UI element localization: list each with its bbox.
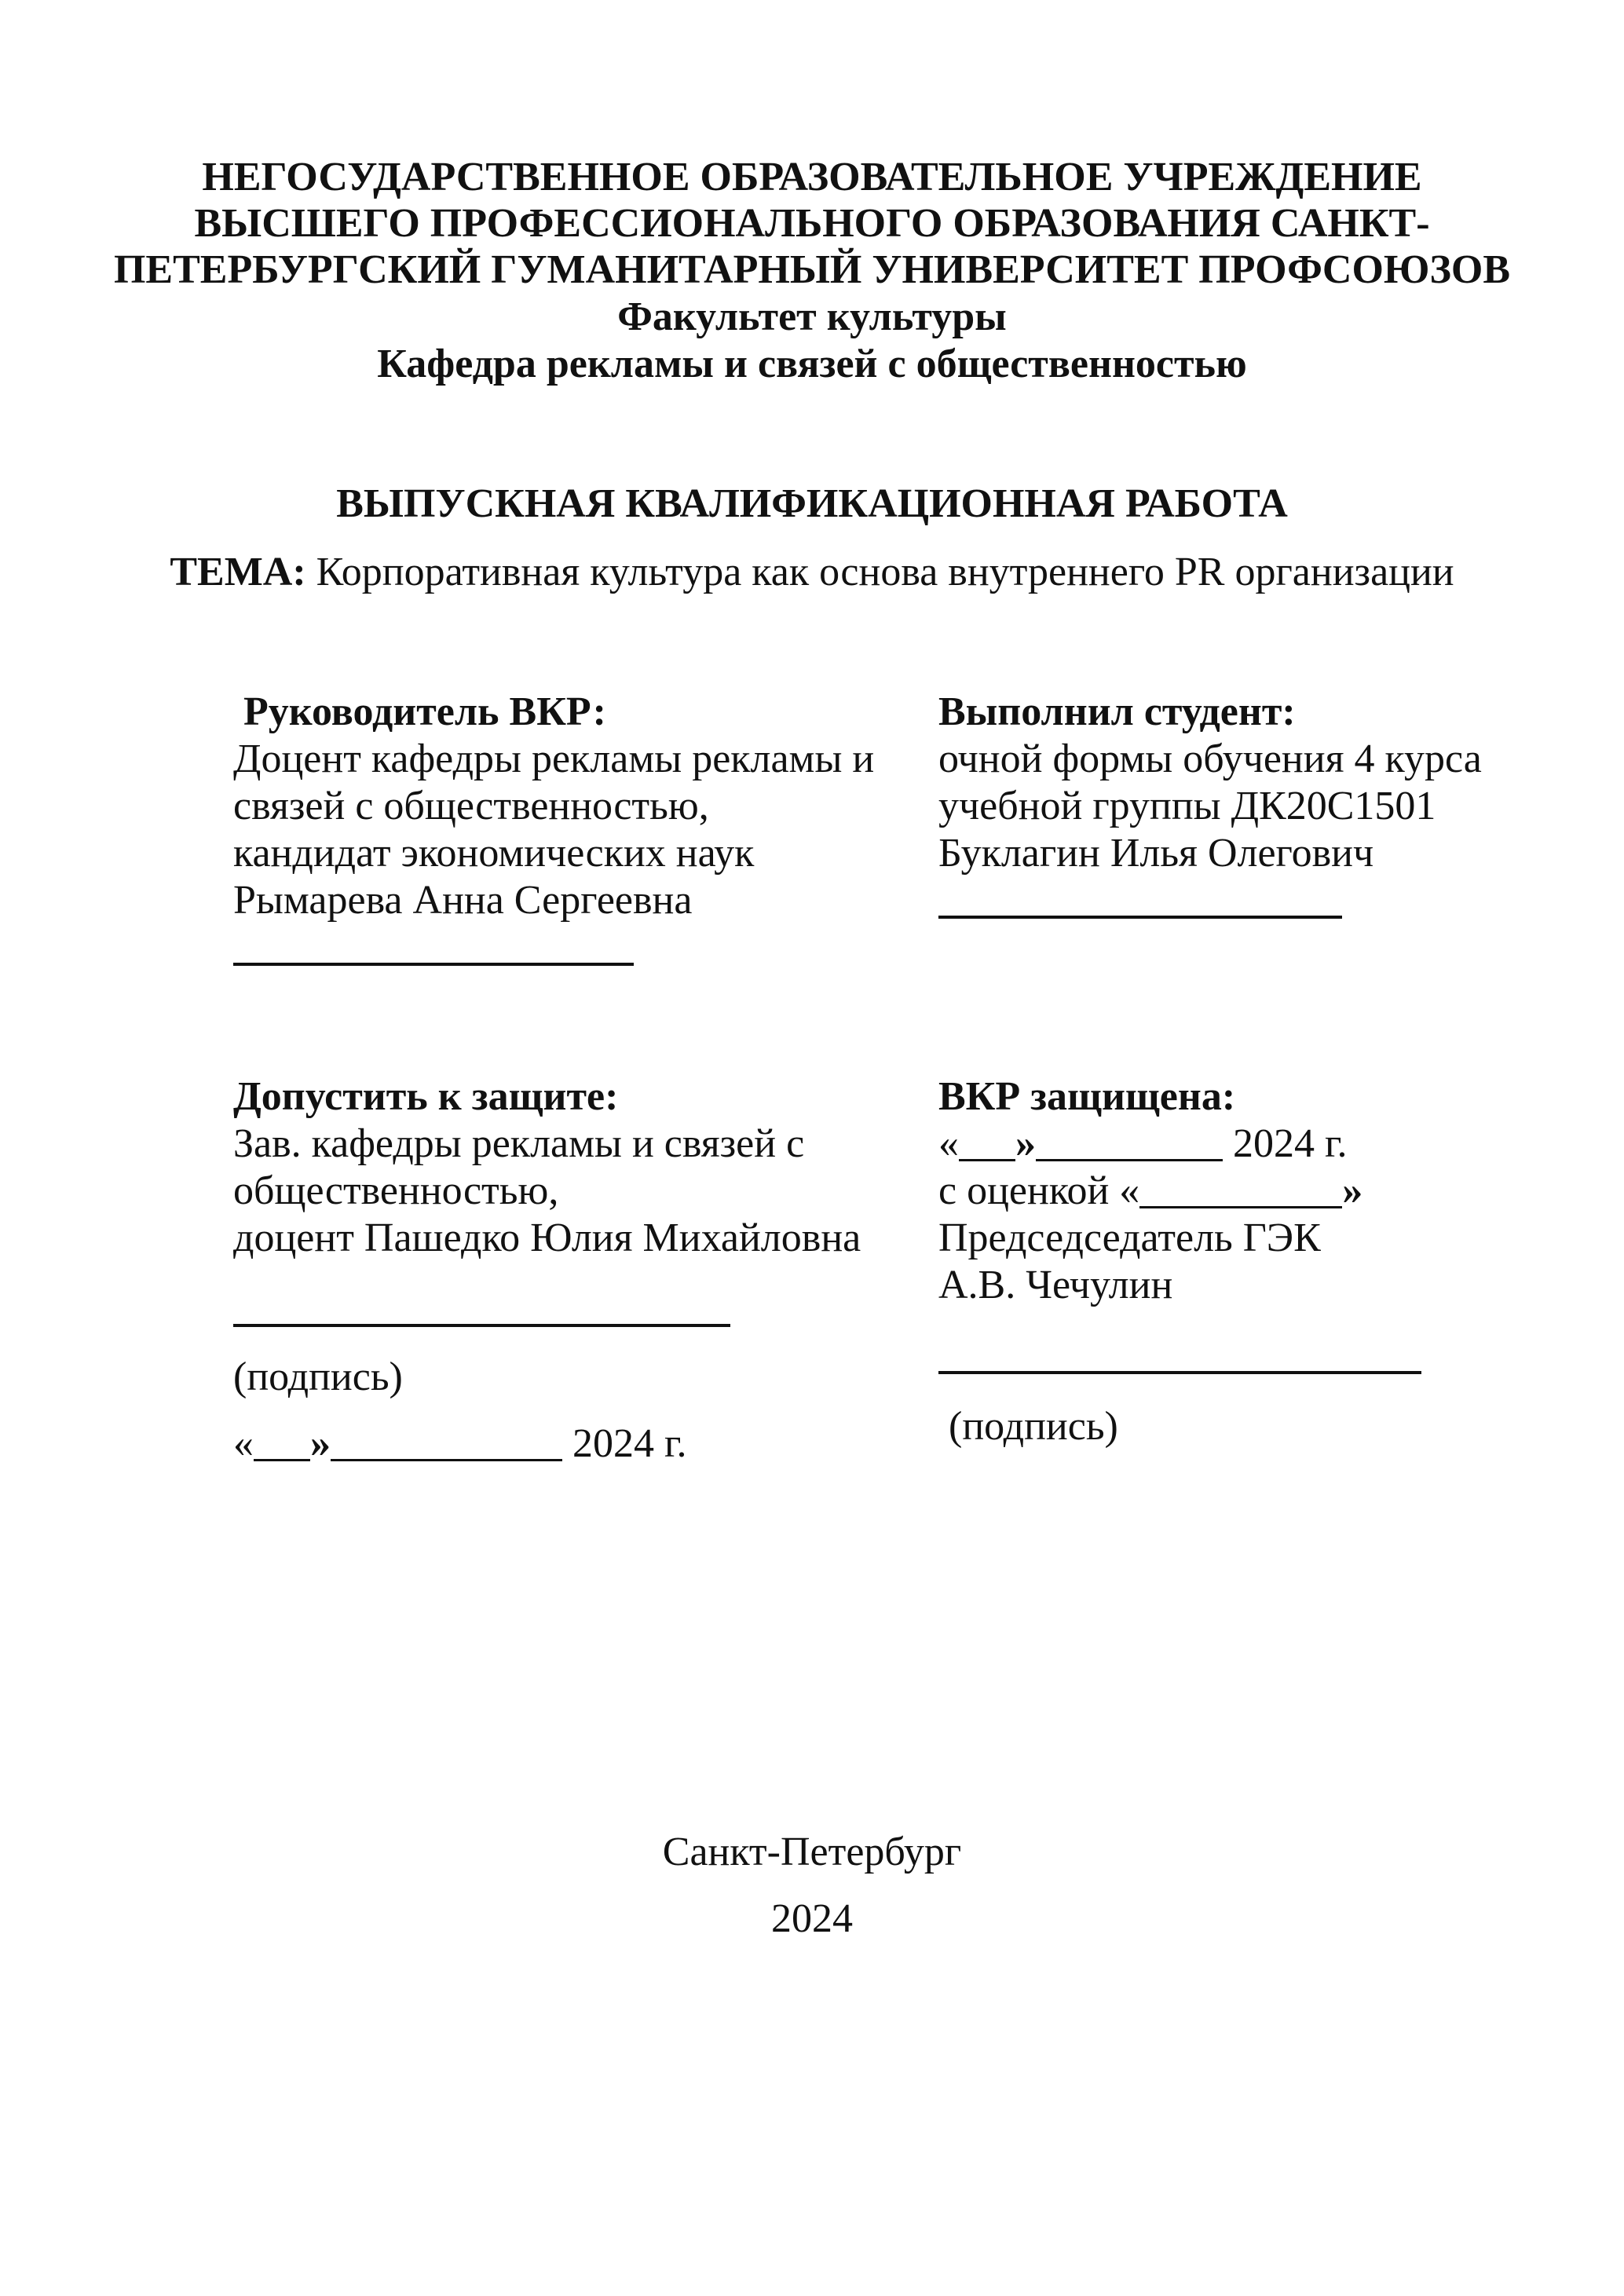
student-line-2: учебной группы ДК20С1501 xyxy=(938,783,1436,830)
institution-line-3: ПЕТЕРБУРГСКИЙ ГУМАНИТАРНЫЙ УНИВЕРСИТЕТ П… xyxy=(0,247,1624,294)
admission-day-blank xyxy=(254,1451,310,1461)
footer-year: 2024 xyxy=(0,1896,1624,1943)
defense-signature-caption: (подпись) xyxy=(938,1403,1118,1450)
supervisor-line-2: связей с общественностью, xyxy=(233,783,709,830)
student-name: Буклагин Илья Олегович xyxy=(938,830,1373,877)
admission-date-close-quote: » xyxy=(310,1421,331,1466)
defense-month-blank xyxy=(1036,1151,1223,1161)
footer-city: Санкт-Петербург xyxy=(0,1829,1624,1876)
supervisor-line-1: Доцент кафедры рекламы рекламы и xyxy=(233,736,874,783)
admission-head-name: доцент Пашедко Юлия Михайловна xyxy=(233,1215,861,1262)
defense-grade-close-quote: » xyxy=(1342,1168,1362,1213)
supervisor-signature-line xyxy=(233,963,634,966)
faculty-name: Факультет культуры xyxy=(0,294,1624,341)
supervisor-name: Рымарева Анна Сергеевна xyxy=(233,877,692,924)
defense-heading: ВКР защищена: xyxy=(938,1073,1235,1121)
institution-line-1: НЕГОСУДАРСТВЕННОЕ ОБРАЗОВАТЕЛЬНОЕ УЧРЕЖД… xyxy=(0,154,1624,201)
student-heading: Выполнил студент: xyxy=(938,689,1296,736)
student-signature-line xyxy=(938,916,1342,919)
admission-date-line: «» 2024 г. xyxy=(233,1420,686,1468)
title-page: НЕГОСУДАРСТВЕННОЕ ОБРАЗОВАТЕЛЬНОЕ УЧРЕЖД… xyxy=(0,0,1624,2296)
admission-line-2: общественностью, xyxy=(233,1168,558,1215)
defense-date-close-quote: » xyxy=(1015,1121,1036,1166)
topic-text: Корпоративная культура как основа внутре… xyxy=(306,550,1454,594)
supervisor-line-3: кандидат экономических наук xyxy=(233,830,754,877)
admission-heading: Допустить к защите: xyxy=(233,1073,618,1121)
defense-day-blank xyxy=(959,1151,1015,1161)
admission-date-year: 2024 г. xyxy=(562,1421,686,1466)
defense-date-line: «» 2024 г. xyxy=(938,1121,1347,1168)
topic-line: ТЕМА: Корпоративная культура как основа … xyxy=(0,549,1624,596)
topic-label: ТЕМА: xyxy=(170,550,305,594)
defense-grade-line: с оценкой «» xyxy=(938,1168,1362,1215)
defense-chair-title: Председседатель ГЭК xyxy=(938,1215,1321,1262)
admission-month-blank xyxy=(331,1451,562,1461)
admission-signature-caption: (подпись) xyxy=(233,1354,403,1401)
defense-grade-blank xyxy=(1139,1198,1342,1208)
defense-grade-label: с оценкой « xyxy=(938,1168,1139,1213)
institution-line-2: ВЫСШЕГО ПРОФЕССИОНАЛЬНОГО ОБРАЗОВАНИЯ СА… xyxy=(0,200,1624,247)
defense-date-open-quote: « xyxy=(938,1121,959,1166)
supervisor-heading: Руководитель ВКР: xyxy=(233,689,606,736)
department-name: Кафедра рекламы и связей с общественност… xyxy=(0,341,1624,388)
admission-date-open-quote: « xyxy=(233,1421,254,1466)
admission-line-1: Зав. кафедры рекламы и связей с xyxy=(233,1121,804,1168)
defense-signature-line xyxy=(938,1371,1421,1374)
admission-signature-line xyxy=(233,1324,730,1327)
defense-date-year: 2024 г. xyxy=(1223,1121,1347,1166)
work-type-title: ВЫПУСКНАЯ КВАЛИФИКАЦИОННАЯ РАБОТА xyxy=(0,481,1624,528)
student-line-1: очной формы обучения 4 курса xyxy=(938,736,1482,783)
defense-chair-name: А.В. Чечулин xyxy=(938,1262,1172,1309)
